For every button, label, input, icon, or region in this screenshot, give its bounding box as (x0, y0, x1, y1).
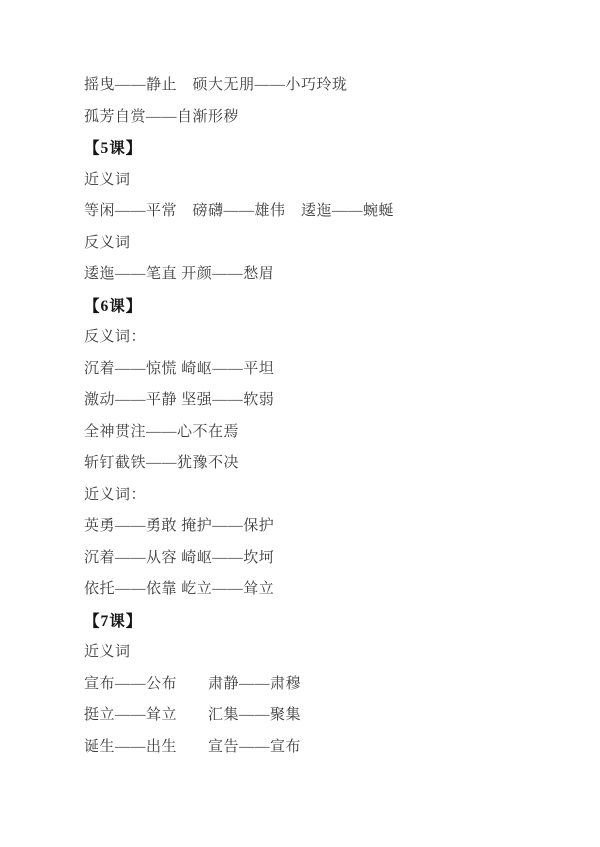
word-pair-line: 激动——平静 坚强——软弱 (84, 385, 560, 417)
synonyms-label: 近义词 (84, 165, 560, 197)
lesson-7-heading: 【7课】 (84, 606, 560, 638)
word-pair-line: 依托——依靠 屹立——耸立 (84, 574, 560, 606)
word-pair-line: 孤芳自赏——自渐形秽 (84, 102, 560, 134)
antonyms-label: 反义词： (84, 322, 560, 354)
synonyms-label: 近义词： (84, 480, 560, 512)
word-pair-line: 摇曳——静止 硕大无朋——小巧玲珑 (84, 70, 560, 102)
word-pair-line: 等闲——平常 磅礴——雄伟 逶迤——蜿蜒 (84, 196, 560, 228)
word-pair-line: 宣布——公布 肃静——肃穆 (84, 669, 560, 701)
word-pair-line: 沉着——从容 崎岖——坎坷 (84, 543, 560, 575)
synonyms-label: 近义词 (84, 637, 560, 669)
lesson-5-heading: 【5课】 (84, 133, 560, 165)
word-pair-line: 逶迤——笔直 开颜——愁眉 (84, 259, 560, 291)
word-pair-line: 沉着——惊慌 崎岖——平坦 (84, 354, 560, 386)
word-pair-line: 挺立——耸立 汇集——聚集 (84, 700, 560, 732)
word-pair-line: 诞生——出生 宣告——宣布 (84, 732, 560, 764)
document-page: 摇曳——静止 硕大无朋——小巧玲珑 孤芳自赏——自渐形秽 【5课】 近义词 等闲… (0, 0, 600, 847)
word-pair-line: 斩钉截铁——犹豫不决 (84, 448, 560, 480)
word-pair-line: 全神贯注——心不在焉 (84, 417, 560, 449)
word-pair-line: 英勇——勇敢 掩护——保护 (84, 511, 560, 543)
lesson-6-heading: 【6课】 (84, 291, 560, 323)
antonyms-label: 反义词 (84, 228, 560, 260)
